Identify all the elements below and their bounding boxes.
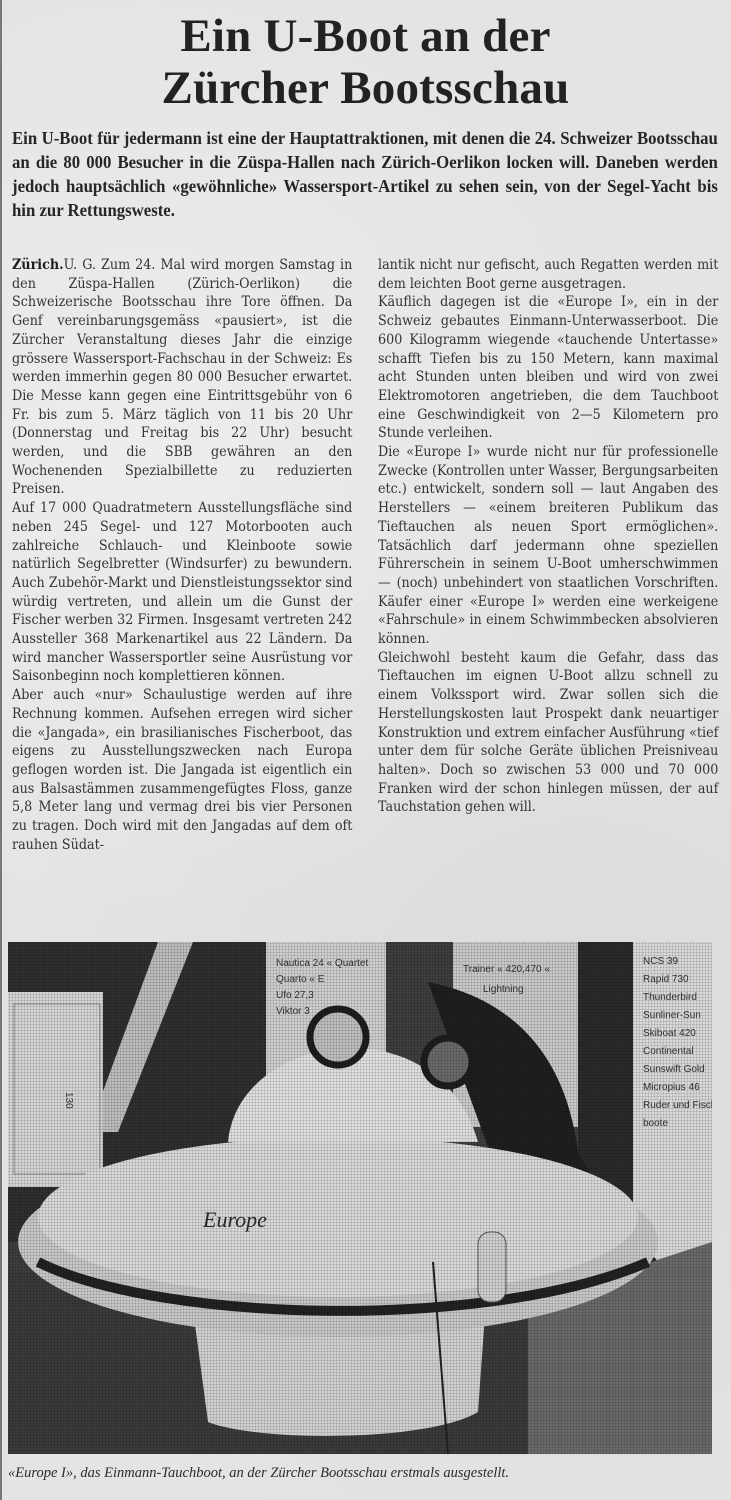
submarine-photo: 130 Nautica 24 « Quartet Quarto « E Ufo …: [8, 942, 712, 1454]
porthole-right: [424, 1038, 472, 1086]
paragraph: Käuflich dagegen ist die «Europe I», ein…: [378, 293, 718, 443]
svg-text:boote: boote: [643, 1118, 668, 1129]
svg-text:Viktor 3: Viktor 3: [276, 1006, 310, 1017]
hull-label: Europe: [202, 1207, 267, 1232]
headline: Ein U-Boot an der Zürcher Bootsschau: [0, 10, 731, 114]
photo-illustration: 130 Nautica 24 « Quartet Quarto « E Ufo …: [8, 942, 712, 1454]
paragraph: Aber auch «nur» Schaulustige werden auf …: [12, 686, 352, 854]
headline-line-2: Zürcher Bootsschau: [0, 62, 731, 114]
svg-text:Ufo 27,3: Ufo 27,3: [276, 990, 314, 1001]
svg-text:Skiboat 420: Skiboat 420: [643, 1028, 696, 1039]
article-column-left: Zürich.U. G. Zum 24. Mal wird morgen Sam…: [12, 256, 352, 855]
svg-text:Nautica 24 « Quartet: Nautica 24 « Quartet: [276, 958, 368, 969]
paragraph: Zürich.U. G. Zum 24. Mal wird morgen Sam…: [12, 256, 352, 499]
svg-text:Micropius 46: Micropius 46: [643, 1082, 700, 1093]
svg-text:Ruder und Fisch-: Ruder und Fisch-: [643, 1100, 712, 1111]
svg-text:NCS 39: NCS 39: [643, 956, 678, 967]
porthole-left: [310, 1009, 366, 1065]
paragraph: Die «Europe I» wurde nicht nur für profe…: [378, 443, 718, 649]
photo-caption: «Europe I», das Einmann-Tauchboot, an de…: [8, 1465, 708, 1482]
svg-text:Sunswift Gold: Sunswift Gold: [643, 1064, 705, 1075]
svg-text:Rapid 730: Rapid 730: [643, 974, 689, 985]
left-board: [8, 992, 103, 1187]
headline-line-1: Ein U-Boot an der: [0, 10, 731, 62]
paragraph: Auf 17 000 Quadratmetern Ausstellungsflä…: [12, 499, 352, 686]
article-column-right: lantik nicht nur gefischt, auch Regatten…: [378, 256, 718, 817]
board-number: 130: [63, 1092, 74, 1109]
svg-text:Trainer « 420,470 «: Trainer « 420,470 «: [463, 964, 550, 975]
page-edge: [0, 0, 2, 1500]
svg-text:Thunderbird: Thunderbird: [643, 992, 697, 1003]
svg-text:Continental: Continental: [643, 1046, 694, 1057]
svg-text:Lightning: Lightning: [483, 984, 524, 995]
svg-text:Sunliner-Sun: Sunliner-Sun: [643, 1010, 701, 1021]
lead-paragraph: Ein U-Boot für jedermann ist eine der Ha…: [12, 126, 718, 222]
dateline: Zürich.: [12, 257, 64, 273]
svg-text:Quarto « E: Quarto « E: [276, 974, 325, 985]
paragraph: Gleichwohl besteht kaum die Gefahr, dass…: [378, 649, 718, 817]
paragraph: lantik nicht nur gefischt, auch Regatten…: [378, 256, 718, 293]
